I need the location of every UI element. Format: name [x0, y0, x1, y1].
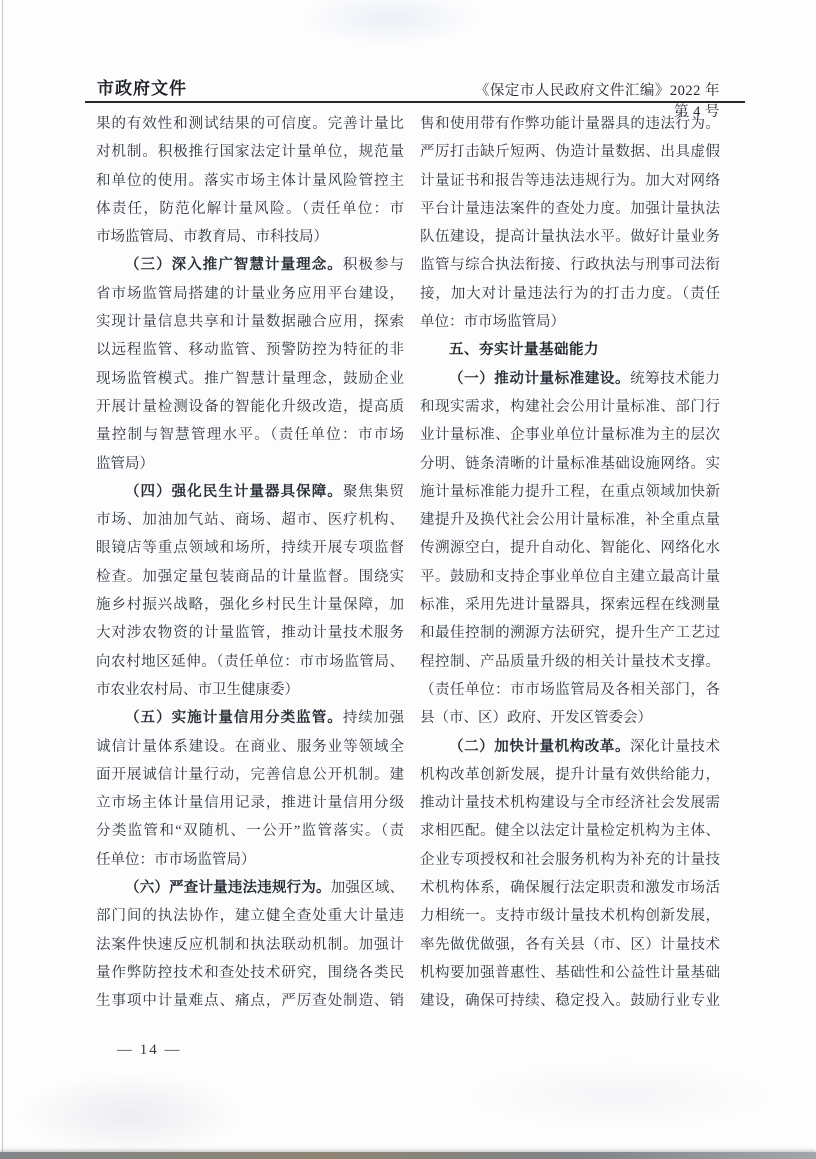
text-line: 市农业农村局、市卫生健康委） — [96, 676, 404, 704]
text-line: 量作弊防控技术和查处技术研究，围绕各类民 — [96, 959, 404, 987]
text-line: 平台计量违法案件的查处力度。加强计量执法 — [420, 195, 720, 223]
text-line: 向农村地区延伸。（责任单位：市市场监管局、 — [96, 648, 404, 676]
text-line: 立市场主体计量信用记录，推进计量信用分级 — [96, 789, 404, 817]
text-line: 面开展诚信计量行动，完善信息公开机制。建 — [96, 761, 404, 789]
text-line: 果的有效性和测试结果的可信度。完善计量比 — [96, 110, 404, 138]
text-line: 现场监管模式。推广智慧计量理念，鼓励企业 — [96, 365, 404, 393]
paragraph-lead: （二）加快计量机构改革。 — [449, 739, 630, 755]
text-line: 计量证书和报告等违法违规行为。加大对网络 — [420, 167, 720, 195]
text-line: 和单位的使用。落实市场主体计量风险管控主 — [96, 167, 404, 195]
text-line: 市场监管局、市教育局、市科技局） — [96, 223, 404, 251]
text-line: 推动计量技术机构建设与全市经济社会发展需 — [420, 789, 720, 817]
text-line: 队伍建设，提高计量执法水平。做好计量业务 — [420, 223, 720, 251]
text-line: 业计量标准、企事业单位计量标准为主的层次 — [420, 421, 720, 449]
text-line: 力相统一。支持市级计量技术机构创新发展， — [420, 902, 720, 930]
text-line: 传溯源空白，提升自动化、智能化、网络化水 — [420, 534, 720, 562]
text-line: 建设，确保可持续、稳定投入。鼓励行业专业 — [420, 987, 720, 1015]
page-number: — 14 — — [117, 1042, 182, 1059]
text-line: 以远程监管、移动监管、预警防控为特征的非 — [96, 336, 404, 364]
text-line: 率先做优做强，各有关县（市、区）计量技术 — [420, 931, 720, 959]
text-line: 任单位：市市场监管局） — [96, 846, 404, 874]
text-line: 分明、链条清晰的计量标准基础设施网络。实 — [420, 450, 720, 478]
text-line: 和现实需求，构建社会公用计量标准、部门行 — [420, 393, 720, 421]
header-rule — [85, 101, 745, 103]
text-line: 量控制与智慧管理水平。（责任单位：市市场 — [96, 421, 404, 449]
text-line: 程控制、产品质量升级的相关计量技术支撑。 — [420, 648, 720, 676]
text-line: 大对涉农物资的计量监管，推动计量技术服务 — [96, 619, 404, 647]
scanned-document-page: 市政府文件 《保定市人民政府文件汇编》2022 年第 4 号 果的有效性和测试结… — [0, 0, 816, 1159]
text-line: 单位：市市场监管局） — [420, 308, 720, 336]
text-line: 企业专项授权和社会服务机构为补充的计量技 — [420, 846, 720, 874]
text-line: 求相匹配。健全以法定计量检定机构为主体、 — [420, 817, 720, 845]
text-line: （五）实施计量信用分类监管。持续加强 — [96, 704, 404, 732]
text-line: 省市场监管局搭建的计量业务应用平台建设， — [96, 280, 404, 308]
text-line: 开展计量检测设备的智能化升级改造，提高质 — [96, 393, 404, 421]
text-line: 对机制。积极推行国家法定计量单位，规范量 — [96, 138, 404, 166]
text-line: （六）严查计量违法违规行为。加强区域、 — [96, 874, 404, 902]
text-line: 分类监管和“双随机、一公开”监管落实。（责 — [96, 817, 404, 845]
text-line: 县（市、区）政府、开发区管委会） — [420, 704, 720, 732]
text-line: 体责任，防范化解计量风险。（责任单位：市 — [96, 195, 404, 223]
text-column-right: 售和使用带有作弊功能计量器具的违法行为。严厉打击缺斤短两、伪造计量数据、出具虚假… — [420, 110, 720, 1016]
text-line: 售和使用带有作弊功能计量器具的违法行为。 — [420, 110, 720, 138]
scan-edge-bottom — [0, 1152, 816, 1159]
text-line: （三）深入推广智慧计量理念。积极参与 — [96, 251, 404, 279]
text-line: 生事项中计量难点、痛点，严厉查处制造、销 — [96, 987, 404, 1015]
text-line: 术机构体系，确保履行法定职责和激发市场活 — [420, 874, 720, 902]
text-line: 市场、加油加气站、商场、超市、医疗机构、 — [96, 506, 404, 534]
text-line: 眼镜店等重点领域和场所，持续开展专项监督 — [96, 534, 404, 562]
scan-edge-left — [2, 0, 3, 1159]
text-column-left: 果的有效性和测试结果的可信度。完善计量比对机制。积极推行国家法定计量单位，规范量… — [96, 110, 404, 1016]
text-line: 施计量标准能力提升工程，在重点领域加快新 — [420, 478, 720, 506]
text-line: 机构要加强普惠性、基础性和公益性计量基础 — [420, 959, 720, 987]
text-line: 施乡村振兴战略，强化乡村民生计量保障，加 — [96, 591, 404, 619]
paragraph-lead: （六）严查计量违法违规行为。 — [125, 880, 331, 896]
paragraph-lead: （五）实施计量信用分类监管。 — [125, 710, 343, 726]
text-line: （责任单位：市市场监管局及各相关部门，各 — [420, 676, 720, 704]
paragraph-lead: （一）推动计量标准建设。 — [449, 371, 630, 387]
text-line: （四）强化民生计量器具保障。聚焦集贸 — [96, 478, 404, 506]
text-line: 机构改革创新发展，提升计量有效供给能力， — [420, 761, 720, 789]
paragraph-lead: （三）深入推广智慧计量理念。 — [125, 257, 343, 273]
text-line: 接，加大对计量违法行为的打击力度。（责任 — [420, 280, 720, 308]
text-line: 和最佳控制的溯源方法研究，提升生产工艺过 — [420, 619, 720, 647]
paragraph-lead: （四）强化民生计量器具保障。 — [125, 484, 343, 500]
text-line: 标准，采用先进计量器具，探索远程在线测量 — [420, 591, 720, 619]
text-line: 建提升及换代社会公用计量标准，补全重点量 — [420, 506, 720, 534]
section-heading: 五、夯实计量基础能力 — [420, 336, 720, 364]
text-line: 诚信计量体系建设。在商业、服务业等领域全 — [96, 733, 404, 761]
text-line: （二）加快计量机构改革。深化计量技术 — [420, 733, 720, 761]
text-line: 严厉打击缺斤短两、伪造计量数据、出具虚假 — [420, 138, 720, 166]
text-line: 法案件快速反应机制和执法联动机制。加强计 — [96, 931, 404, 959]
text-line: 检查。加强定量包装商品的计量监督。围绕实 — [96, 563, 404, 591]
text-line: 监管与综合执法衔接、行政执法与刑事司法衔 — [420, 251, 720, 279]
text-line: 监管局） — [96, 450, 404, 478]
text-line: 平。鼓励和支持企事业单位自主建立最高计量 — [420, 563, 720, 591]
text-line: 实现计量信息共享和计量数据融合应用，探索 — [96, 308, 404, 336]
masthead-left-title: 市政府文件 — [97, 74, 187, 99]
text-line: 部门间的执法协作，建立健全查处重大计量违 — [96, 902, 404, 930]
text-line: （一）推动计量标准建设。统筹技术能力 — [420, 365, 720, 393]
